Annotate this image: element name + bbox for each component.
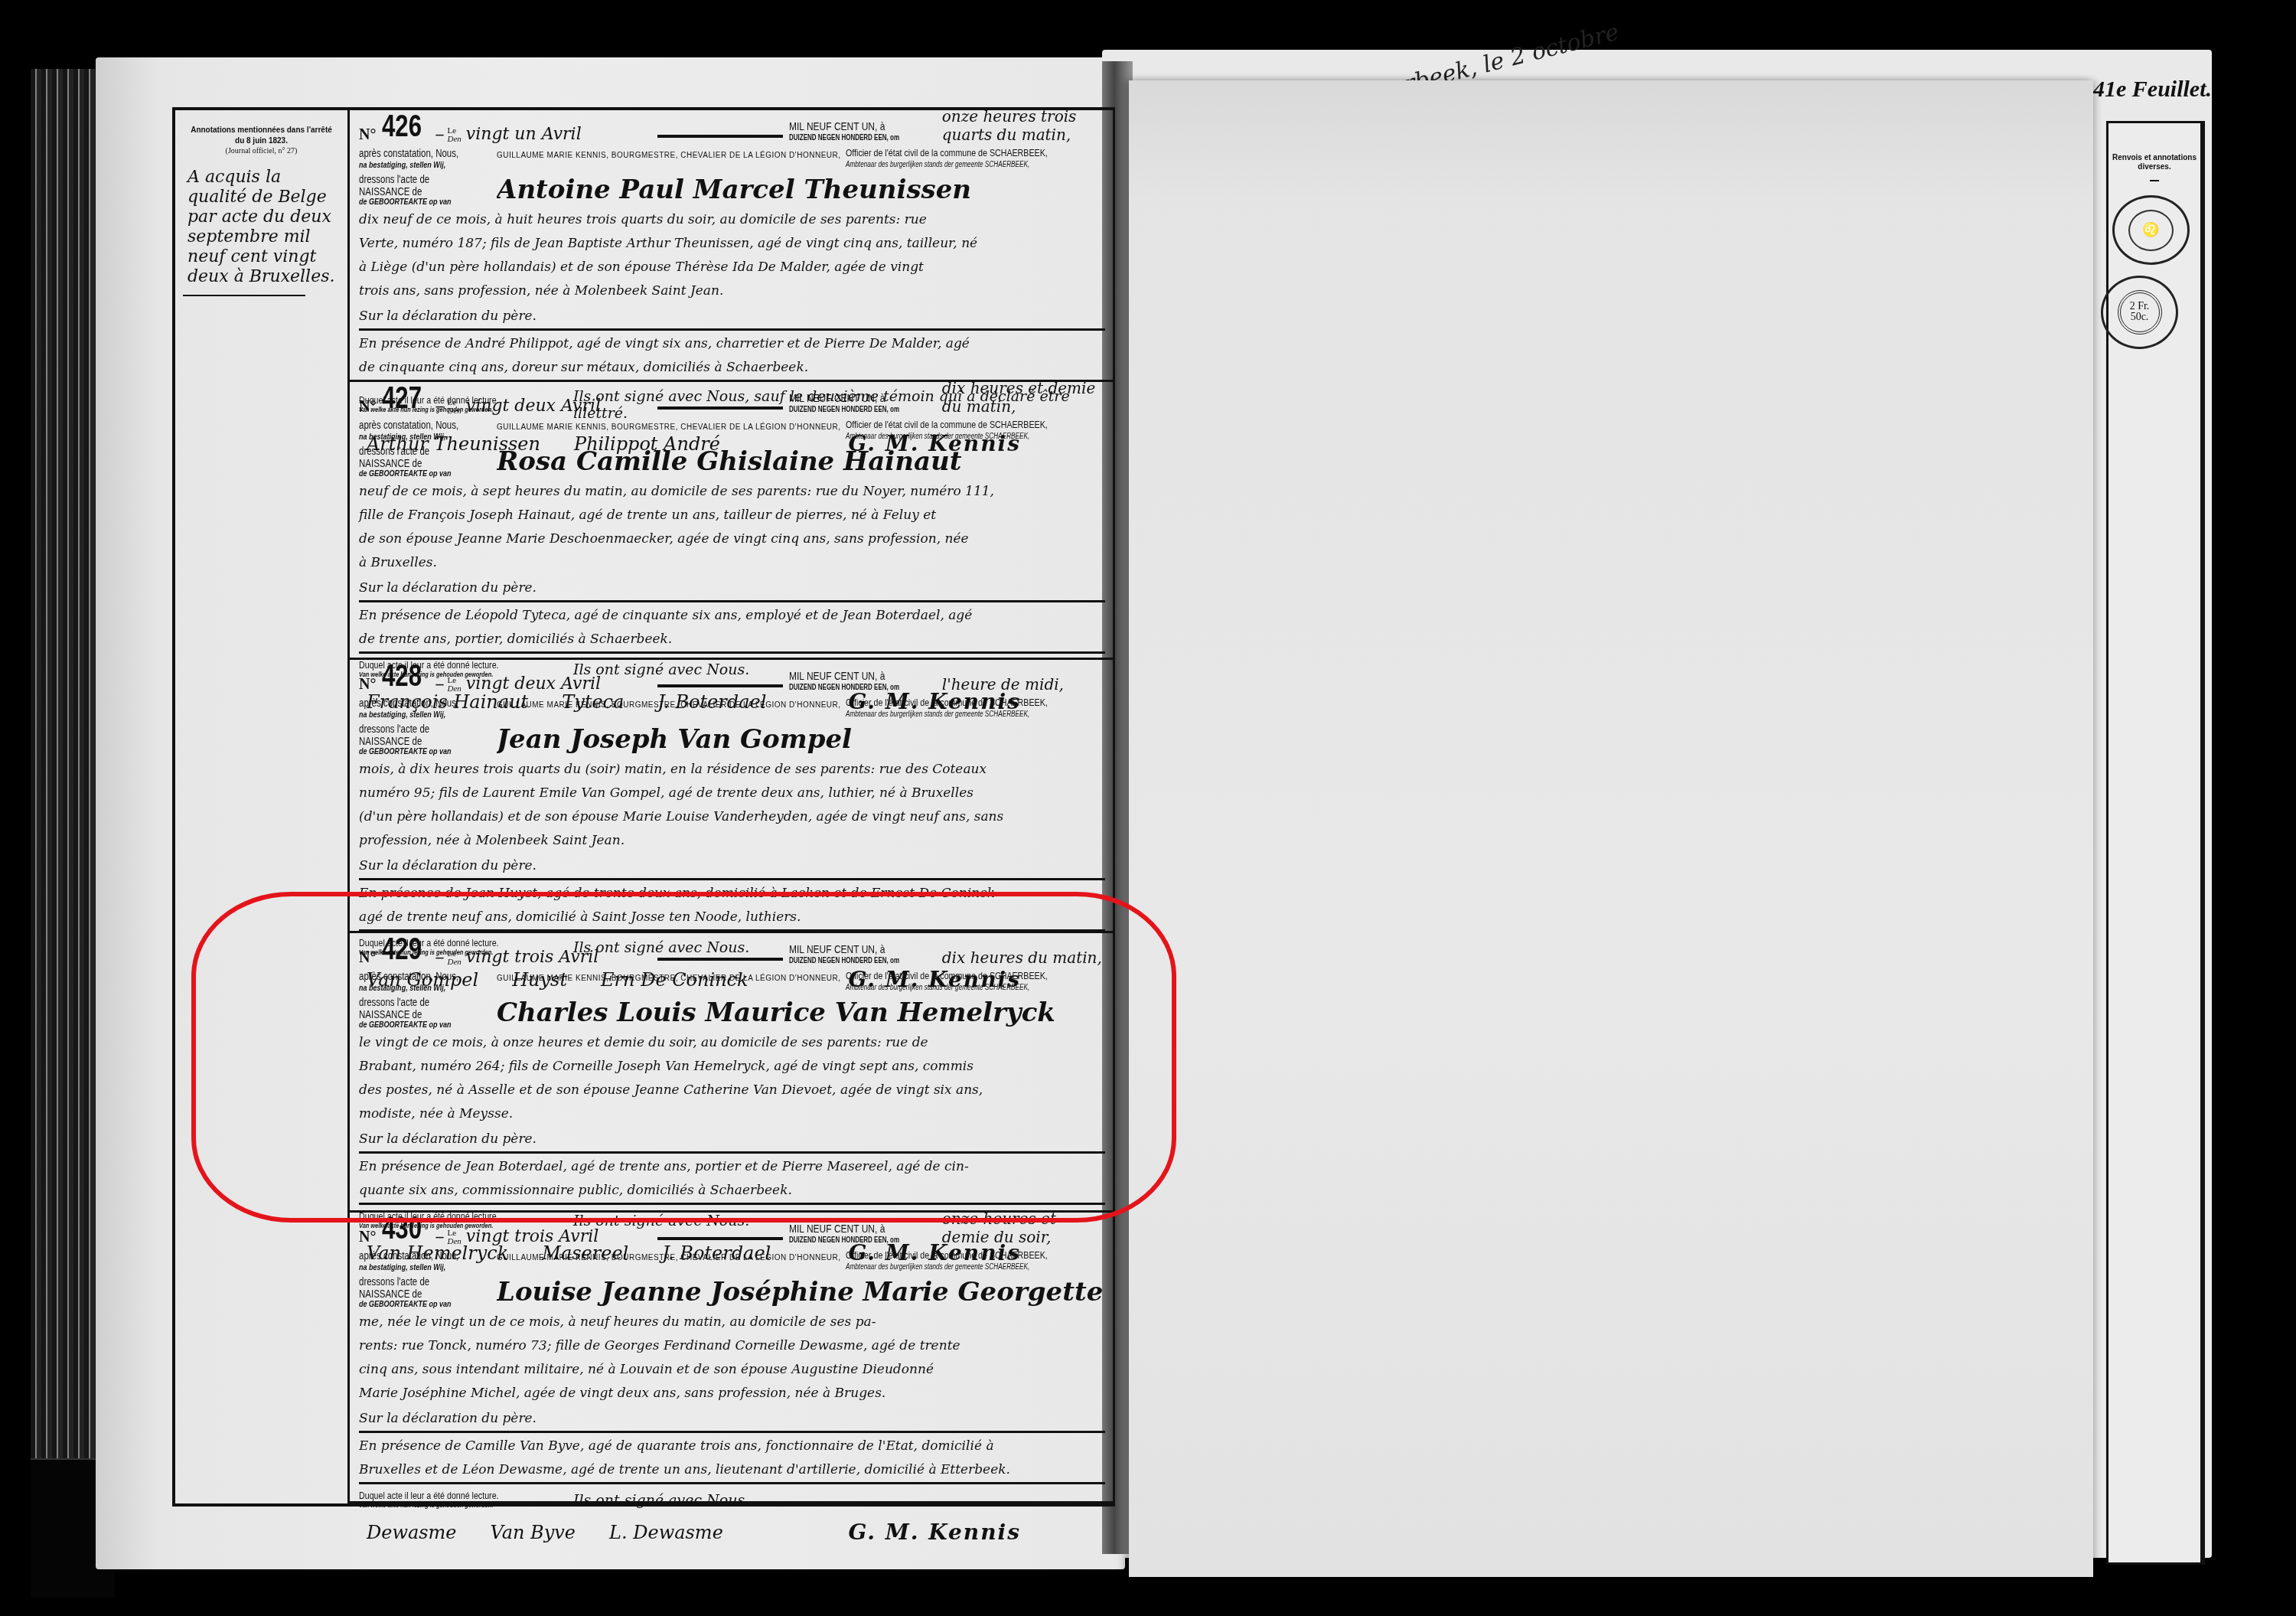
fill-rule — [657, 684, 783, 687]
acts-column: N° 426 – LeDen vingt un Avril MIL NEUF C… — [350, 110, 1113, 1503]
fiscal-stamp: 2 Fr. 50c. — [2101, 276, 2178, 349]
child-name: Charles Louis Maurice Van Hemelryck — [497, 997, 1055, 1028]
birth-act-427: N° 427 – LeDen vingt deux Avril MIL NEUF… — [350, 382, 1113, 660]
witnesses: En présence de Léopold Tyteca, agé de ci… — [359, 604, 1105, 654]
signature: L. Dewasme — [609, 1522, 723, 1543]
act-number: 428 — [382, 659, 419, 694]
apres-label: après constatation, Nous,na bestatiging,… — [359, 1249, 472, 1274]
officier-label: Officier de l'état civil de la commune d… — [846, 1249, 1048, 1274]
dash: – — [435, 398, 447, 416]
act-hour: l'heure de midi, — [942, 675, 1105, 694]
officer-stamp: Guillaume Marie Kennis, Bourgmestre, Che… — [497, 147, 841, 171]
dressons-label: dressons l'acte de NAISSANCE dede GEBOOR… — [359, 996, 472, 1030]
officer-stamp: Guillaume Marie Kennis, Bourgmestre, Che… — [497, 970, 841, 994]
act-date: vingt trois Avril — [466, 948, 657, 967]
apres-label: après constatation, Nous,na bestatiging,… — [359, 697, 472, 721]
blank-inserted-sheet — [1129, 80, 2093, 1577]
le-den-label: LeDen — [447, 1229, 461, 1246]
le-den-label: LeDen — [447, 127, 461, 144]
act-hour: dix heures du matin, — [942, 948, 1105, 967]
act-body: dix neuf de ce mois, à huit heures trois… — [359, 208, 1105, 303]
dressons-label: dressons l'acte de NAISSANCE dede GEBOOR… — [359, 445, 472, 478]
act-body: mois, à dix heures trois quarts du (soir… — [359, 758, 1105, 853]
dressons-label: dressons l'acte de NAISSANCE dede GEBOOR… — [359, 1275, 472, 1309]
officer-stamp: Guillaume Marie Kennis, Bourgmestre, Che… — [497, 419, 841, 443]
number-prefix: N° — [359, 1229, 376, 1246]
act-number: 426 — [382, 109, 419, 144]
child-name: Antoine Paul Marcel Theunissen — [497, 175, 971, 205]
act-body: neuf de ce mois, à sept heures du matin,… — [359, 480, 1105, 575]
stamp-value: 2 Fr. 50c. — [2118, 290, 2162, 335]
renvois-header: Renvois et annotations diverses. — [2108, 154, 2200, 172]
annotation-column: Annotations mentionnées dans l'arrêté du… — [175, 110, 350, 1503]
signature: Dewasme — [367, 1522, 457, 1543]
birth-act-430: N° 430 – LeDen vingt trois Avril MIL NEU… — [350, 1213, 1113, 1503]
renvois-dash — [2150, 180, 2159, 181]
declaration: Sur la déclaration du père. — [359, 1128, 1105, 1154]
birth-act-429: N° 429 – LeDen vingt trois Avril MIL NEU… — [350, 933, 1113, 1213]
witnesses: En présence de André Philippot, agé de v… — [359, 332, 1105, 382]
act-hour: dix heures et demie du matin, — [942, 379, 1105, 416]
year-label: MIL NEUF CENT UN, àDUIZEND NEGEN HONDERD… — [789, 121, 912, 144]
year-label: MIL NEUF CENT UN, àDUIZEND NEGEN HONDERD… — [789, 671, 912, 694]
witnesses: En présence de Jean Huyst, agé de trente… — [359, 882, 1105, 932]
dash: – — [435, 1229, 447, 1246]
officier-label: Officier de l'état civil de la commune d… — [846, 697, 1048, 721]
declaration: Sur la déclaration du père. — [359, 854, 1105, 880]
dash: – — [435, 126, 447, 144]
annotation-rule — [183, 295, 305, 296]
le-den-label: LeDen — [447, 677, 461, 694]
number-prefix: N° — [359, 126, 376, 144]
act-number: 429 — [382, 932, 419, 967]
witnesses: En présence de Camille Van Byve, agé de … — [359, 1435, 1105, 1484]
number-prefix: N° — [359, 949, 376, 967]
number-prefix: N° — [359, 676, 376, 694]
duquel-label: Duquel acte il leur a été donné lecture.… — [359, 1490, 535, 1510]
fill-rule — [657, 1237, 783, 1240]
declaration: Sur la déclaration du père. — [359, 305, 1105, 331]
officier-label: Officier de l'état civil de la commune d… — [846, 147, 1048, 171]
birth-act-426: N° 426 – LeDen vingt un Avril MIL NEUF C… — [350, 110, 1113, 382]
birth-register-table: Annotations mentionnées dans l'arrêté du… — [172, 107, 1115, 1507]
fill-rule — [657, 958, 783, 961]
apres-label: après constatation, Nous,na bestatiging,… — [359, 147, 472, 171]
le-den-label: LeDen — [447, 399, 461, 416]
act-date: vingt trois Avril — [466, 1227, 657, 1246]
declaration: Sur la déclaration du père. — [359, 1407, 1105, 1433]
year-label: MIL NEUF CENT UN, àDUIZEND NEGEN HONDERD… — [789, 944, 912, 967]
signature: G. M. Kennis — [848, 1520, 1021, 1545]
act-number: 427 — [382, 381, 419, 416]
extraordinary-stamp: ♌ — [2112, 195, 2190, 265]
officer-stamp: Guillaume Marie Kennis, Bourgmestre, Che… — [497, 697, 841, 721]
act-date: vingt un Avril — [466, 125, 657, 144]
officer-stamp: Guillaume Marie Kennis, Bourgmestre, Che… — [497, 1249, 841, 1274]
background-dark — [2212, 46, 2296, 1616]
number-prefix: N° — [359, 398, 376, 416]
fill-rule — [657, 135, 783, 138]
birth-act-428: N° 428 – LeDen vingt deux Avril MIL NEUF… — [350, 660, 1113, 933]
child-name: Rosa Camille Ghislaine Hainaut — [497, 446, 961, 477]
apres-label: après constatation, Nous,na bestatiging,… — [359, 970, 472, 994]
apres-label: après constatation, Nous,na bestatiging,… — [359, 419, 472, 443]
declaration: Sur la déclaration du père. — [359, 576, 1105, 602]
le-den-label: LeDen — [447, 950, 461, 967]
dressons-label: dressons l'acte de NAISSANCE dede GEBOOR… — [359, 173, 472, 207]
year-label: MIL NEUF CENT UN, àDUIZEND NEGEN HONDERD… — [789, 1223, 912, 1246]
dash: – — [435, 676, 447, 694]
child-name: Jean Joseph Van Gompel — [497, 724, 852, 755]
act-hour: onze heures trois quarts du matin, — [942, 107, 1105, 144]
officier-label: Officier de l'état civil de la commune d… — [846, 419, 1048, 443]
annotation-header: Annotations mentionnées dans l'arrêté du… — [181, 126, 341, 157]
signature: Van Byve — [491, 1522, 576, 1543]
signed-statement: Ils ont signé avec Nous. — [573, 1492, 749, 1509]
act-number: 430 — [382, 1212, 419, 1246]
act-hour: onze heures et demie du soir, — [942, 1210, 1105, 1246]
act-date: vingt deux Avril — [466, 674, 657, 694]
officier-label: Officier de l'état civil de la commune d… — [846, 970, 1048, 994]
act-body: le vingt de ce mois, à onze heures et de… — [359, 1031, 1105, 1126]
dash: – — [435, 949, 447, 967]
dressons-label: dressons l'acte de NAISSANCE dede GEBOOR… — [359, 723, 472, 756]
lion-emblem-icon: ♌ — [2128, 210, 2174, 251]
act-body: me, née le vingt un de ce mois, à neuf h… — [359, 1311, 1105, 1405]
year-label: MIL NEUF CENT UN, àDUIZEND NEGEN HONDERD… — [789, 393, 912, 416]
child-name: Louise Jeanne Joséphine Marie Georgette … — [497, 1277, 1105, 1307]
fill-rule — [657, 406, 783, 410]
folio-number: 41e Feuillet. — [2093, 77, 2212, 103]
witnesses: En présence de Jean Boterdael, agé de tr… — [359, 1155, 1105, 1205]
nationality-annotation: A acquis la qualité de Belge par acte du… — [188, 168, 341, 287]
act-date: vingt deux Avril — [466, 397, 657, 416]
signatures: DewasmeVan ByveL. DewasmeG. M. Kennis — [367, 1520, 1105, 1545]
